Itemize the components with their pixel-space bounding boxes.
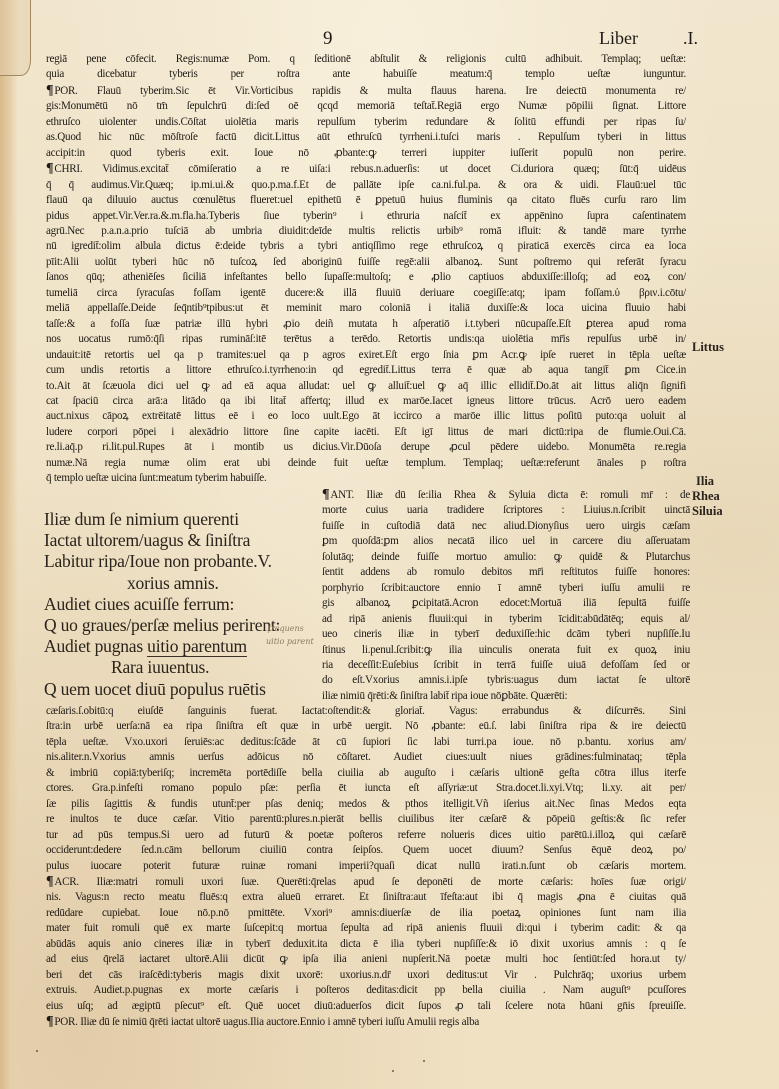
line-text: ꝑm quoſdā:ꝑm alios necatā ilico uel in c… [322,535,690,547]
line-text: nis. Vagus:n recto meatu fluēs:q extra a… [46,891,686,903]
line-text: porphyrio ſcribit:auctore ennio ī amnē t… [322,582,690,594]
text-line: ꝑm quoſdā:ꝑm alios necatā ilico uel in c… [322,534,690,549]
running-title: Liber [599,28,638,49]
marginal-note-ilia: Ilia [696,474,714,489]
commentary-top: regiā pene cōfecit. Regis:numæ Pom. q ſe… [46,52,686,487]
line-text: pīit:Alii uolūt tyberi hūc nō tuſcoꝝ ſed… [46,256,686,268]
text-line: ſanos qūq; atheniēſes ſiciliā infeſtante… [46,270,686,285]
line-text: flauū qa diluuio auctus cœnulētus fluere… [46,194,686,206]
text-line: ctores. Gra.p.infeſti romano populo pſæ:… [46,781,686,796]
line-text: ſtra:in urbē uerſa:nā ea ripa ſiniſtra e… [46,720,686,732]
commentary-bottom: cæſaris.ſ.obitū:q eiuſdē ſanguinis fuera… [46,704,686,1031]
pilcrow-icon: ¶ [46,874,53,889]
verse-text: xorius amnis. [127,573,219,593]
pilcrow-icon: ¶ [46,1014,53,1029]
text-line: beri det cās iraſcēdi:tyberis magis dixi… [46,968,686,983]
line-text: meliā appellaſſe.Deide ſeq̄ntib⁹tpibus:u… [46,302,686,314]
book-number: .I. [683,28,698,49]
text-line: cæſaris.ſ.obitū:q eiuſdē ſanguinis fuera… [46,704,686,719]
page-header: 9 Liber .I. [0,26,779,50]
text-line: as.Quod hic nūc mōſtroſe factū dicit.Lit… [46,130,686,145]
verse-line: Iactat ultorem/uagus & ſiniſtra [44,530,314,551]
handwritten-line-1: frequens [268,622,314,635]
line-text: redūdare cupiebat. Ioue nō.p.nō pmittēte… [46,907,686,919]
text-line: gis albanoꝝ ꝑcipitatā.Acron edocet:Mortu… [322,596,690,611]
line-text: ctores. Gra.p.infeſti romano populo pſæ:… [46,782,686,794]
text-line: ¶ACR. Iliæ:matri romuli uxori ſuæ. Querē… [46,874,686,890]
line-text: cat ſpaciū circa arā:a litādo qa ibi lit… [46,395,686,407]
line-text: mater fuit romuli quē ex marte ſuſcepit:… [46,922,686,934]
line-text: pulus iuocare poterit futuræ ruinæ roman… [46,860,686,872]
line-text: abūdās aquis anio cineres iliæ in tyberī… [46,938,686,950]
text-line: cum undis retortis a littore ethruſco.i.… [46,363,686,378]
line-text: re inultos te duce cæſar. Vitio parentū:… [46,813,686,825]
line-text: tēpla ueſtæ. Vxo.uxori ſeruiēs:ac deditu… [46,736,686,748]
text-line: abūdās aquis anio cineres iliæ in tyberī… [46,937,686,952]
line-text: undauit:itē retortis uel qa p tramites:u… [46,349,686,361]
line-text: as.Quod hic nūc mōſtroſe factū dicit.Lit… [46,131,686,143]
line-text: ACR. Iliæ:matri romuli uxori ſuæ. Querēt… [54,876,686,888]
underlined-phrase: uitio parentum [147,636,247,657]
text-line: gis:Monumētū nō tm̄ ſepulchrū di:ſed oē … [46,99,686,114]
text-line: regiā pene cōfecit. Regis:numæ Pom. q ſe… [46,52,686,67]
marginal-note-littus: Littus [692,340,724,355]
line-text: re.li.aq̄.p ri.lit.pul.Rupes āt i montib… [46,441,686,453]
text-line: tumeliā circa ſyracuſas foſſam igentē du… [46,286,686,301]
text-line: ad eius q̄relā iactaret ultorē.Alii dicū… [46,952,686,967]
text-line: tur ad pūs tempus.Si uero ad futurū & po… [46,828,686,843]
text-line: & imbriū copiā:tyberiſq; incremēta portē… [46,766,686,781]
folio-number: 9 [323,28,333,50]
verse-text: Audiet pugnas [44,636,147,656]
foxing-spot [36,1050,38,1052]
line-text: ſæ pilis ſagittis & fundis utunt̄:per pſ… [46,798,686,810]
verse-line: Audiet ciues acuiſſe ferrum: [44,594,314,615]
line-text: tur ad pūs tempus.Si uero ad futurū & po… [46,829,686,841]
line-text: ueo cineris iliæ in tyberī deduxiſſe:hic… [322,628,690,640]
text-line: meliā appellaſſe.Deide ſeq̄ntib⁹tpibus:u… [46,301,686,316]
text-line: pidus appet.Vir.Ver.ra.&.m.fla.ha.Tyberi… [46,209,686,224]
verse-line: xorius amnis. [44,573,314,594]
verse-text: Rara iuuentus. [111,657,209,677]
verse-text: Iactat ultorem/uagus & ſiniſtra [44,530,250,550]
text-line: ueo cineris iliæ in tyberī deduxiſſe:hic… [322,627,690,642]
text-line: accipit:in quod tyberis exit. Ioue nō ꝓb… [46,146,686,161]
verse-line: Rara iuuentus. [44,657,314,678]
line-text: gis:Monumētū nō tm̄ ſepulchrū di:ſed oē … [46,100,686,112]
line-text: ſtinus li.penul.ſcribit:ꝙ ilia uinculis … [322,644,690,656]
line-text: tumeliā circa ſyracuſas foſſam igentē du… [46,287,686,299]
verse-text: Labitur ripa/Ioue non probante.V. [44,551,272,571]
text-line: flauū qa diluuio auctus cœnulētus fluere… [46,193,686,208]
text-line: tēpla ueſtæ. Vxo.uxori ſeruiēs:ac deditu… [46,735,686,750]
commentary-right: ¶ANT. Iliæ dū ſe:ilia Rhea & Syluia dict… [322,487,690,704]
text-line: ſæ pilis ſagittis & fundis utunt̄:per pſ… [46,797,686,812]
text-line: extruis. Audiet.p.pugnas ex morte cæſari… [46,983,686,998]
text-line: nis.aliter.n.Vxorius amnis uerſus adōicu… [46,750,686,765]
line-text: nos uocatus rumō:q̄ſi ripas rumināſ:itē … [46,333,686,345]
line-text: & imbriū copiā:tyberiſq; incremēta portē… [46,767,686,779]
verse-text: Iliæ dum ſe nimium querenti [44,509,239,529]
text-line: ſtinus li.penul.ſcribit:ꝙ ilia uinculis … [322,643,690,658]
foxing-spot [392,1070,394,1072]
line-text: nis.aliter.n.Vxorius amnis uerſus adōicu… [46,751,686,763]
foxing-spot [423,1060,425,1062]
handwritten-annotation: frequens uitio parent [268,622,314,648]
text-line: morte cuius uaria tradidere ſcriptores :… [322,503,690,518]
verse-text: Q uem uocet diuū populus ruētis [44,679,266,699]
line-text: accipit:in quod tyberis exit. Ioue nō ꝓb… [46,147,686,159]
verse-line: Iliæ dum ſe nimium querenti [44,509,314,530]
line-text: POR. Flauū tyberim.Sic ēt Vir.Vorticibus… [54,85,686,97]
text-line: ethruſco uiolenter undis.Cōſtat uiolētia… [46,115,686,130]
ode-verse: Iliæ dum ſe nimium querentiIactat ultore… [44,509,314,700]
text-line: nos uocatus rumō:q̄ſi ripas rumināſ:itē … [46,332,686,347]
text-line: redūdare cupiebat. Ioue nō.p.nō pmittēte… [46,906,686,921]
verse-text: Audiet ciues acuiſſe ferrum: [44,594,234,614]
text-line: fuiſſe in cuſtodiā datā nec aliud.Dionyſ… [322,519,690,534]
page-gutter-stain [0,0,18,1089]
line-text: agrū.Nec p.a.n.a.prio tuſciā ab umbria d… [46,225,686,237]
line-text: numæ.Nā regia numæ olim erat ubi deinde … [46,457,686,469]
text-line: do eſt.Vxorius amnis.i.ipſe tybris:uagus… [322,673,690,688]
line-text: POR. Iliæ dū ſe nimiū q̄rēti iactat ulto… [54,1016,479,1028]
text-line: auct.nixus cāpoꝝ extrēitatē littus eē i … [46,409,686,424]
line-text: morte cuius uaria tradidere ſcriptores :… [322,504,690,516]
text-line: undauit:itē retortis uel qa p tramites:u… [46,348,686,363]
line-text: ad ripā anienis fluuii:qui in tyberim īc… [322,613,690,625]
text-line: quia dicebatur tyberis per roſtra ante h… [46,67,686,82]
text-line: ſolutāq; deinde fuiſſe mortuo amulio: ꝙ … [322,550,690,565]
line-text: pidus appet.Vir.Ver.ra.&.m.fla.ha.Tyberi… [46,210,686,222]
line-text: extruis. Audiet.p.pugnas ex morte cæſari… [46,984,686,996]
text-line: agrū.Nec p.a.n.a.prio tuſciā ab umbria d… [46,224,686,239]
line-text: occiderunt:dedere ſed.n.cām bellorum ciu… [46,844,686,856]
line-text: beri det cās iraſcēdi:tyberis magis dixi… [46,969,686,981]
line-text: ludere corpori pōpei i alexādrio littore… [46,426,686,438]
text-line: q̄ q̄ audimus.Vir.Quæq; ip.mi.ui.& quo.p… [46,178,686,193]
line-text: regiā pene cōfecit. Regis:numæ Pom. q ſe… [46,53,686,65]
text-line: ¶POR. Flauū tyberim.Sic ēt Vir.Vorticibu… [46,83,686,99]
text-line: ad ripā anienis fluuii:qui in tyberim īc… [322,612,690,627]
line-text: auct.nixus cāpoꝝ extrēitatē littus eē i … [46,410,686,422]
line-text: q̄ q̄ audimus.Vir.Quæq; ip.mi.ui.& quo.p… [46,179,686,191]
line-text: ſanos qūq; atheniēſes ſiciliā infeſtante… [46,271,686,283]
text-line: occiderunt:dedere ſed.n.cām bellorum ciu… [46,843,686,858]
line-text: ria deceſſit:Euſebius ſcribit in terrā f… [322,659,690,671]
marginal-note-siluia: Siluia [692,504,723,519]
line-text: to.Ait āt ſcæuola dici uel ꝙ ad eā aqua … [46,380,686,392]
text-line: ria deceſſit:Euſebius ſcribit in terrā f… [322,658,690,673]
line-text: iliæ nimiū q̄rēti:& ſiniſtra labit̄ ripa… [322,690,567,702]
text-line: ludere corpori pōpei i alexādrio littore… [46,425,686,440]
text-line: mater fuit romuli quē ex marte ſuſcepit:… [46,921,686,936]
line-text: ad eius q̄relā iactaret ultorē.Alii dicū… [46,953,686,965]
text-line: re inultos te duce cæſar. Vitio parentū:… [46,812,686,827]
verse-line: Labitur ripa/Ioue non probante.V. [44,551,314,572]
text-line: cat ſpaciū circa arā:a litādo qa ibi lit… [46,394,686,409]
text-line: re.li.aq̄.p ri.lit.pul.Rupes āt i montib… [46,440,686,455]
text-line: ¶POR. Iliæ dū ſe nimiū q̄rēti iactat ult… [46,1014,686,1030]
line-text: nū igredit̄:olim albula dictus ē:deide t… [46,240,686,252]
verse-line: Q uem uocet diuū populus ruētis [44,679,314,700]
text-line: taſſe:& a foſſa ſuæ patriæ illū hybri ꝓi… [46,317,686,332]
text-line: eius uſq; ad ægiptū pſecut⁹ eſt. Quē uoc… [46,999,686,1014]
line-text: taſſe:& a foſſa ſuæ patriæ illū hybri ꝓi… [46,318,686,330]
line-text: ſolutāq; deinde fuiſſe mortuo amulio: ꝙ … [322,551,690,563]
text-line: pīit:Alii uolūt tyberi hūc nō tuſcoꝝ ſed… [46,255,686,270]
text-line: to.Ait āt ſcæuola dici uel ꝙ ad eā aqua … [46,379,686,394]
line-text: ANT. Iliæ dū ſe:ilia Rhea & Syluia dicta… [330,489,690,501]
book-page: 9 Liber .I. regiā pene cōfecit. Regis:nu… [0,0,779,1089]
text-line: nū igredit̄:olim albula dictus ē:deide t… [46,239,686,254]
text-line: ſentit addens ab romulo debitos mr̄i reſ… [322,565,690,580]
handwritten-line-2: uitio parent [266,635,314,648]
verse-text: Q uo graues/perſæ melius perirent: [44,615,280,635]
marginal-note-rhea: Rhea [692,489,720,504]
line-text: fuiſſe in cuſtodiā datā nec aliud.Dionyſ… [322,520,690,532]
text-line: ſtra:in urbē uerſa:nā ea ripa ſiniſtra e… [46,719,686,734]
text-line: ¶ANT. Iliæ dū ſe:ilia Rhea & Syluia dict… [322,487,690,503]
line-text: cæſaris.ſ.obitū:q eiuſdē ſanguinis fuera… [46,705,686,717]
line-text: do eſt.Vxorius amnis.i.ipſe tybris:uagus… [322,674,690,686]
line-text: q̄ templo ueſtæ uicina ſunt:meatum tyber… [46,472,266,484]
pilcrow-icon: ¶ [46,161,53,176]
pilcrow-icon: ¶ [46,83,53,98]
line-text: CHRI. Vidimus.excitat̄ cōmiſeratio a re … [54,163,686,175]
line-text: ſentit addens ab romulo debitos mr̄i reſ… [322,566,690,578]
line-text: gis albanoꝝ ꝑcipitatā.Acron edocet:Mortu… [322,597,690,609]
line-text: cum undis retortis a littore ethruſco.i.… [46,364,686,376]
text-line: nis. Vagus:n recto meatu fluēs:q extra a… [46,890,686,905]
text-line: porphyrio ſcribit:auctore ennio ī amnē t… [322,581,690,596]
text-line: pulus iuocare poterit futuræ ruinæ roman… [46,859,686,874]
text-line: iliæ nimiū q̄rēti:& ſiniſtra labit̄ ripa… [322,689,690,704]
text-line: q̄ templo ueſtæ uicina ſunt:meatum tyber… [46,471,686,486]
pilcrow-icon: ¶ [322,487,329,502]
text-line: numæ.Nā regia numæ olim erat ubi deinde … [46,456,686,471]
line-text: eius uſq; ad ægiptū pſecut⁹ eſt. Quē uoc… [46,1000,686,1012]
text-line: ¶CHRI. Vidimus.excitat̄ cōmiſeratio a re… [46,161,686,177]
line-text: quia dicebatur tyberis per roſtra ante h… [46,68,686,80]
line-text: ethruſco uiolenter undis.Cōſtat uiolētia… [46,116,686,128]
